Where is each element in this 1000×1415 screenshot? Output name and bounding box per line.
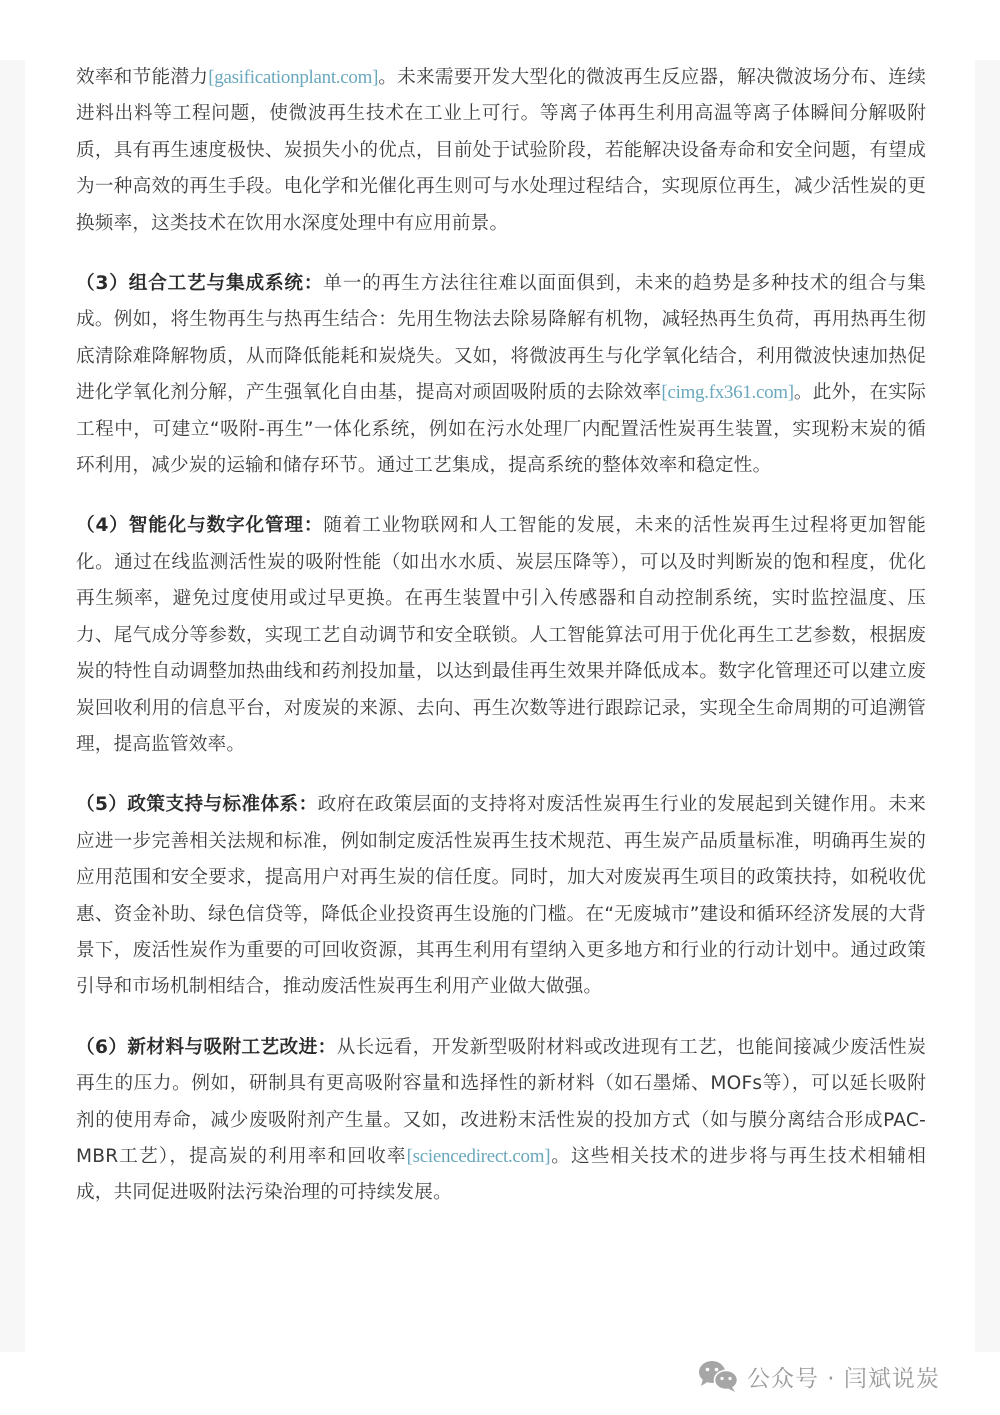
section-3-paragraph: （3）组合工艺与集成系统：单一的再生方法往往难以面面俱到，未来的趋势是多种技术的… — [76, 266, 926, 484]
section-3-heading: （3）组合工艺与集成系统： — [76, 273, 323, 294]
article-body: 效率和节能潜力[gasificationplant.com]。未来需要开发大型化… — [76, 60, 926, 1236]
section-6-paragraph: （6）新材料与吸附工艺改进：从长远看，开发新型吸附材料或改进现有工艺，也能间接减… — [76, 1030, 926, 1212]
section-5-text: 政府在政策层面的支持将对废活性炭再生行业的发展起到关键作用。未来应进一步完善相关… — [76, 794, 926, 997]
section-5-paragraph: （5）政策支持与标准体系：政府在政策层面的支持将对废活性炭再生行业的发展起到关键… — [76, 787, 926, 1005]
wechat-account-label: 公众号 · 闫斌说炭 — [747, 1360, 940, 1393]
intro-paragraph: 效率和节能潜力[gasificationplant.com]。未来需要开发大型化… — [76, 60, 926, 242]
section-4-text: 随着工业物联网和人工智能的发展，未来的活性炭再生过程将更加智能化。通过在线监测活… — [76, 515, 926, 754]
section-4-heading: （4）智能化与数字化管理： — [76, 515, 323, 536]
source-link-cimg[interactable]: [cimg.fx361.com] — [661, 382, 793, 403]
source-link-gasificationplant[interactable]: [gasificationplant.com] — [208, 67, 378, 88]
source-link-sciencedirect[interactable]: [sciencedirect.com] — [407, 1146, 551, 1167]
section-4-paragraph: （4）智能化与数字化管理：随着工业物联网和人工智能的发展，未来的活性炭再生过程将… — [76, 508, 926, 763]
page-top-margin — [0, 0, 1000, 60]
intro-text: 效率和节能潜力 — [76, 67, 208, 88]
section-6-heading: （6）新材料与吸附工艺改进： — [76, 1037, 337, 1058]
section-5-heading: （5）政策支持与标准体系： — [76, 794, 318, 815]
wechat-icon — [697, 1359, 739, 1393]
wechat-watermark: 公众号 · 闫斌说炭 — [697, 1356, 940, 1396]
intro-text-continued: 。未来需要开发大型化的微波再生反应器，解决微波场分布、连续进料出料等工程问题，使… — [76, 67, 926, 234]
